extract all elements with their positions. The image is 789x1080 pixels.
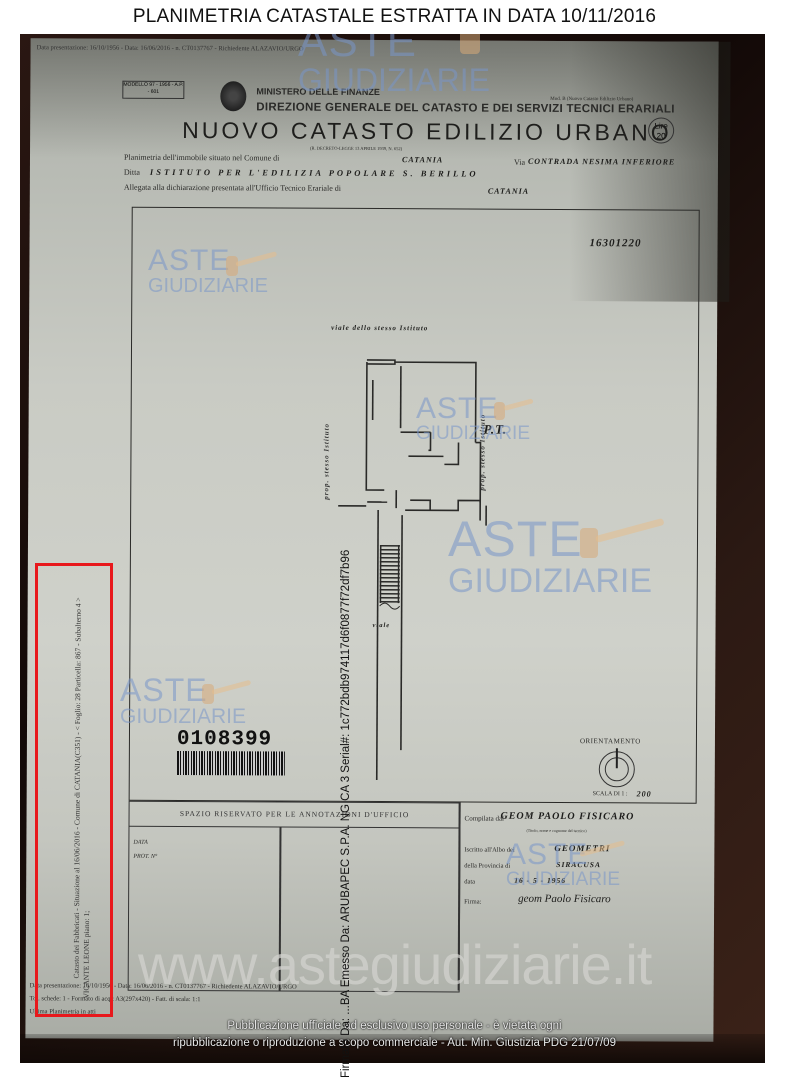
page-title: PLANIMETRIA CATASTALE ESTRATTA IN DATA 1…	[0, 6, 789, 28]
scanned-photo: Data presentazione: 16/10/1956 - Data: 1…	[20, 34, 765, 1063]
digital-signature-stamp: Firmato Da: ...BA Emesso Da: ARUBAPEC S.…	[340, 550, 352, 1078]
compiler-sub: (Titolo, nome e cognome del tecnico)	[526, 828, 586, 833]
registered-label: Iscritto all'Albo dei	[464, 846, 514, 853]
barcode	[177, 751, 285, 776]
disclaimer-line: ripubblicazione o riproduzione a scopo c…	[0, 1037, 789, 1049]
orientation-label: ORIENTAMENTO	[580, 737, 641, 745]
cadastral-sheet: Data presentazione: 16/10/1956 - Data: 1…	[25, 38, 718, 1042]
scale-value: 200	[637, 789, 652, 798]
scale-label: SCALA DI 1 :	[593, 791, 628, 797]
date-value: 16 - 5 - 1956	[514, 876, 566, 885]
site-watermark: www.astegiudiziarie.it	[138, 932, 651, 997]
compiler-label: Compilata dal	[465, 814, 505, 822]
province-label: della Provincia di	[464, 862, 510, 869]
highlight-box	[35, 563, 113, 1017]
gavel-icon	[580, 528, 598, 558]
gavel-icon	[494, 402, 505, 420]
compiler-name: GEOM PAOLO FISICARO	[501, 811, 635, 823]
gavel-icon	[460, 34, 480, 54]
annotations-data-label: DATA	[133, 840, 147, 846]
annotations-header: SPAZIO RISERVATO PER LE ANNOTAZIONI D'UF…	[129, 802, 459, 829]
signature: geom Paolo Fisicaro	[518, 893, 611, 905]
disclaimer-line: Pubblicazione ufficiale ad esclusivo uso…	[0, 1020, 789, 1032]
date-label: data	[464, 878, 475, 885]
province-value: SIRACUSA	[556, 860, 601, 869]
north-arrow-icon	[599, 751, 635, 787]
signature-label: Firma:	[464, 898, 481, 905]
annotations-prot-label: PROT. N°	[133, 854, 157, 860]
stairs	[380, 545, 400, 603]
barcode-number: 0108399	[177, 728, 272, 751]
compass-needle	[616, 748, 618, 768]
